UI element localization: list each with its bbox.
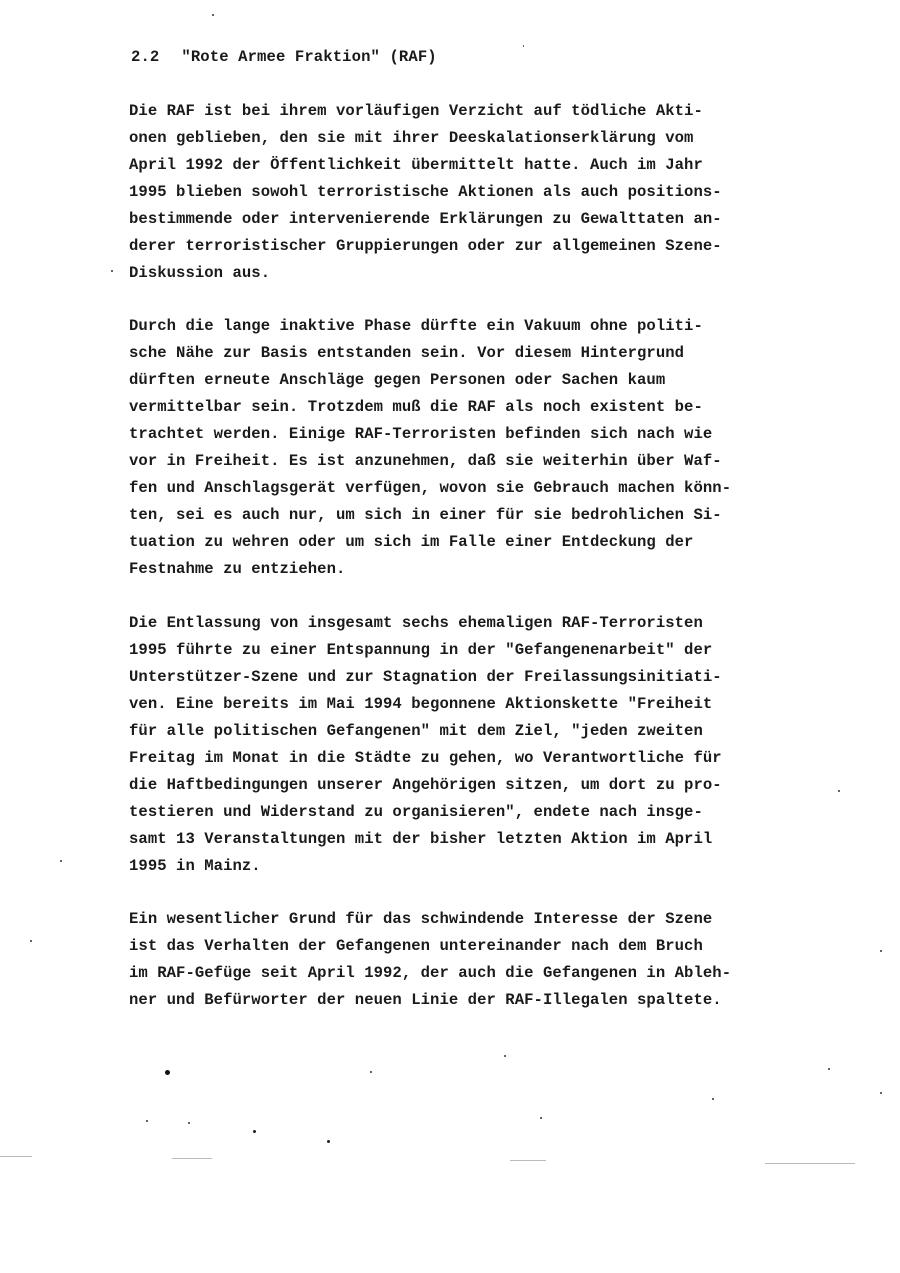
text-line: im RAF-Gefüge seit April 1992, der auch … bbox=[129, 960, 731, 987]
scan-speck bbox=[60, 860, 62, 862]
text-line: Die RAF ist bei ihrem vorläufigen Verzic… bbox=[129, 98, 722, 125]
scan-speck bbox=[540, 1117, 542, 1119]
text-line: ven. Eine bereits im Mai 1994 begonnene … bbox=[129, 691, 722, 718]
text-line: ist das Verhalten der Gefangenen unterei… bbox=[129, 933, 731, 960]
scan-speck bbox=[880, 1092, 882, 1094]
text-line: Diskussion aus. bbox=[129, 260, 722, 287]
text-line: für alle politischen Gefangenen" mit dem… bbox=[129, 718, 722, 745]
scan-speck bbox=[253, 1130, 256, 1133]
scan-speck bbox=[188, 1122, 190, 1124]
text-line: fen und Anschlagsgerät verfügen, wovon s… bbox=[129, 475, 731, 502]
text-line: testieren und Widerstand zu organisieren… bbox=[129, 799, 722, 826]
scan-speck bbox=[111, 270, 113, 272]
text-line: Festnahme zu entziehen. bbox=[129, 556, 731, 583]
section-number: 2.2 bbox=[131, 48, 159, 66]
text-line: 1995 führte zu einer Entspannung in der … bbox=[129, 637, 722, 664]
text-line: bestimmende oder intervenierende Erkläru… bbox=[129, 206, 722, 233]
text-line: vor in Freiheit. Es ist anzunehmen, daß … bbox=[129, 448, 731, 475]
text-line: vermittelbar sein. Trotzdem muß die RAF … bbox=[129, 394, 731, 421]
scan-smudge bbox=[765, 1163, 855, 1164]
paragraph-3: Die Entlassung von insgesamt sechs ehema… bbox=[129, 610, 722, 880]
scan-speck bbox=[712, 1098, 714, 1100]
text-line: sche Nähe zur Basis entstanden sein. Vor… bbox=[129, 340, 731, 367]
text-line: samt 13 Veranstaltungen mit der bisher l… bbox=[129, 826, 722, 853]
scan-speck bbox=[504, 1055, 506, 1057]
scan-speck bbox=[212, 14, 214, 16]
scan-speck bbox=[30, 940, 32, 942]
text-line: Die Entlassung von insgesamt sechs ehema… bbox=[129, 610, 722, 637]
scan-speck bbox=[880, 950, 882, 952]
paragraph-1: Die RAF ist bei ihrem vorläufigen Verzic… bbox=[129, 98, 722, 287]
scan-speck bbox=[146, 1120, 148, 1122]
scan-speck bbox=[327, 1140, 330, 1143]
scan-speck bbox=[370, 1071, 372, 1073]
text-line: ten, sei es auch nur, um sich in einer f… bbox=[129, 502, 731, 529]
scan-smudge bbox=[510, 1160, 546, 1161]
text-line: 1995 blieben sowohl terroristische Aktio… bbox=[129, 179, 722, 206]
text-line: Freitag im Monat in die Städte zu gehen,… bbox=[129, 745, 722, 772]
text-line: die Haftbedingungen unserer Angehörigen … bbox=[129, 772, 722, 799]
section-title: "Rote Armee Fraktion" (RAF) bbox=[181, 48, 436, 66]
text-line: onen geblieben, den sie mit ihrer Deeska… bbox=[129, 125, 722, 152]
scan-speck bbox=[838, 790, 840, 792]
scan-speck bbox=[165, 1070, 170, 1075]
text-line: derer terroristischer Gruppierungen oder… bbox=[129, 233, 722, 260]
scan-smudge bbox=[172, 1158, 212, 1159]
text-line: Durch die lange inaktive Phase dürfte ei… bbox=[129, 313, 731, 340]
text-line: Unterstützer-Szene und zur Stagnation de… bbox=[129, 664, 722, 691]
document-page: 2.2"Rote Armee Fraktion" (RAF) Die RAF i… bbox=[0, 0, 900, 1273]
section-heading: 2.2"Rote Armee Fraktion" (RAF) bbox=[131, 48, 437, 66]
text-line: tuation zu wehren oder um sich im Falle … bbox=[129, 529, 731, 556]
text-line: dürften erneute Anschläge gegen Personen… bbox=[129, 367, 731, 394]
text-line: Ein wesentlicher Grund für das schwinden… bbox=[129, 906, 731, 933]
text-line: 1995 in Mainz. bbox=[129, 853, 722, 880]
text-line: April 1992 der Öffentlichkeit übermittel… bbox=[129, 152, 722, 179]
scan-speck bbox=[523, 45, 524, 47]
scan-smudge bbox=[0, 1156, 32, 1157]
text-line: ner und Befürworter der neuen Linie der … bbox=[129, 987, 731, 1014]
paragraph-4: Ein wesentlicher Grund für das schwinden… bbox=[129, 906, 731, 1014]
paragraph-2: Durch die lange inaktive Phase dürfte ei… bbox=[129, 313, 731, 583]
text-line: trachtet werden. Einige RAF-Terroristen … bbox=[129, 421, 731, 448]
scan-speck bbox=[828, 1068, 830, 1070]
